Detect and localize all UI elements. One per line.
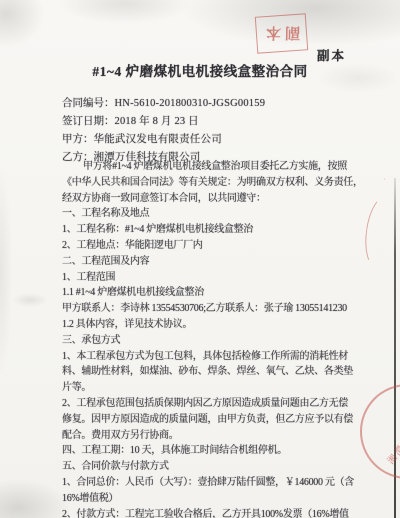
contract-line: 片等。 xyxy=(62,380,362,396)
contract-number-label: 合同编号： xyxy=(62,98,115,109)
company-seal: 湘潭万佳科技 xyxy=(360,384,400,479)
contract-title: #1~4 炉磨煤机电机接线盒整治合同 xyxy=(0,60,400,80)
contract-line: 修复。因甲方原因造成的质量问题，由甲方负责，但乙方应予以有偿 xyxy=(62,412,362,428)
sign-date-label: 签订日期： xyxy=(62,116,115,127)
contract-line: 1、本工程承包方式为包工包料，具体包括检修工作所需的消耗性材 xyxy=(62,349,362,365)
contract-line: 料、辅助性材料，如煤油、砂布、焊条、焊丝、氧气、乙炔、各类垫 xyxy=(62,364,362,380)
contact-line: 甲方联系人：李诗林 13554530706;乙方联系人：张子瑜 13055141… xyxy=(62,301,362,317)
copy-stamp-text: 副本 xyxy=(262,23,300,45)
party-a-row: 甲方：华能武汉发电有限责任公司 xyxy=(62,131,265,149)
copy-stamp: 副本 xyxy=(255,13,308,53)
scanned-contract-page: 副本 副本 #1~4 炉磨煤机电机接线盒整治合同 合同编号：HN-5610-20… xyxy=(0,0,400,518)
sign-date-value: 2018 年 8 月 23 日 xyxy=(115,116,199,127)
section-heading: 五、合同价款与付款方式 xyxy=(62,459,362,475)
contract-line: 2、付款方式：工程完工验收合格后，乙方开具100%发票（16%增值 xyxy=(62,507,362,518)
contract-body: 甲方将#1~4 炉磨煤机电机接线盒整治项目委托乙方实施，按照 《中华人民共和国合… xyxy=(62,159,362,518)
contract-line: 经双方协商一致同意签订本合同，以共同遵守： xyxy=(62,191,362,207)
section-heading: 四、工程工期：10 天，具体施工时间结合机组停机。 xyxy=(62,443,362,459)
contract-line: 2、工程承包范围包括质保期内因乙方原因造成质量问题由乙方无偿 xyxy=(62,396,362,412)
party-a-value: 华能武汉发电有限责任公司 xyxy=(94,134,222,145)
contract-number-value: HN-5610-201800310-JGSG00159 xyxy=(115,98,266,109)
section-heading: 三、承包方式 xyxy=(62,333,362,349)
contract-line: 配合。费用双方另行协商。 xyxy=(62,428,362,444)
section-heading: 一、工程名称及地点 xyxy=(62,206,362,222)
contract-line: 1.1 #1~4 炉磨煤机电机接线盒整治 xyxy=(62,285,362,301)
contract-line: 1、工程范围 xyxy=(62,270,362,286)
section-heading: 二、工程范围及内容 xyxy=(62,254,362,270)
sign-date-row: 签订日期：2018 年 8 月 23 日 xyxy=(62,113,265,131)
contract-line: 《中华人民共和国合同法》等有关规定：为明确双方权利、义务责任， xyxy=(62,175,362,191)
contract-number-row: 合同编号：HN-5610-201800310-JGSG00159 xyxy=(62,95,265,113)
contract-line: 1.2 具体内容，详见技术协议。 xyxy=(62,317,362,333)
contract-line: 1、工程名称：#1~4 炉磨煤机电机接线盒整治 xyxy=(62,222,362,238)
contract-line: 16%增值税） xyxy=(62,491,362,507)
contract-line: 1、合同总价：人民币（大写）：壹拾肆万陆仟圆整，￥146000 元（含 xyxy=(62,475,362,491)
contract-meta: 合同编号：HN-5610-201800310-JGSG00159 签订日期：20… xyxy=(62,95,265,167)
contract-line: 2、工程地点：华能阳逻电厂厂内 xyxy=(62,238,362,254)
party-a-label: 甲方： xyxy=(62,134,94,145)
contract-line: 甲方将#1~4 炉磨煤机电机接线盒整治项目委托乙方实施，按照 xyxy=(62,159,362,175)
seal-ink-speck: ᾽ xyxy=(379,177,393,194)
company-seal-text: 湘潭万佳科技 xyxy=(375,395,400,478)
